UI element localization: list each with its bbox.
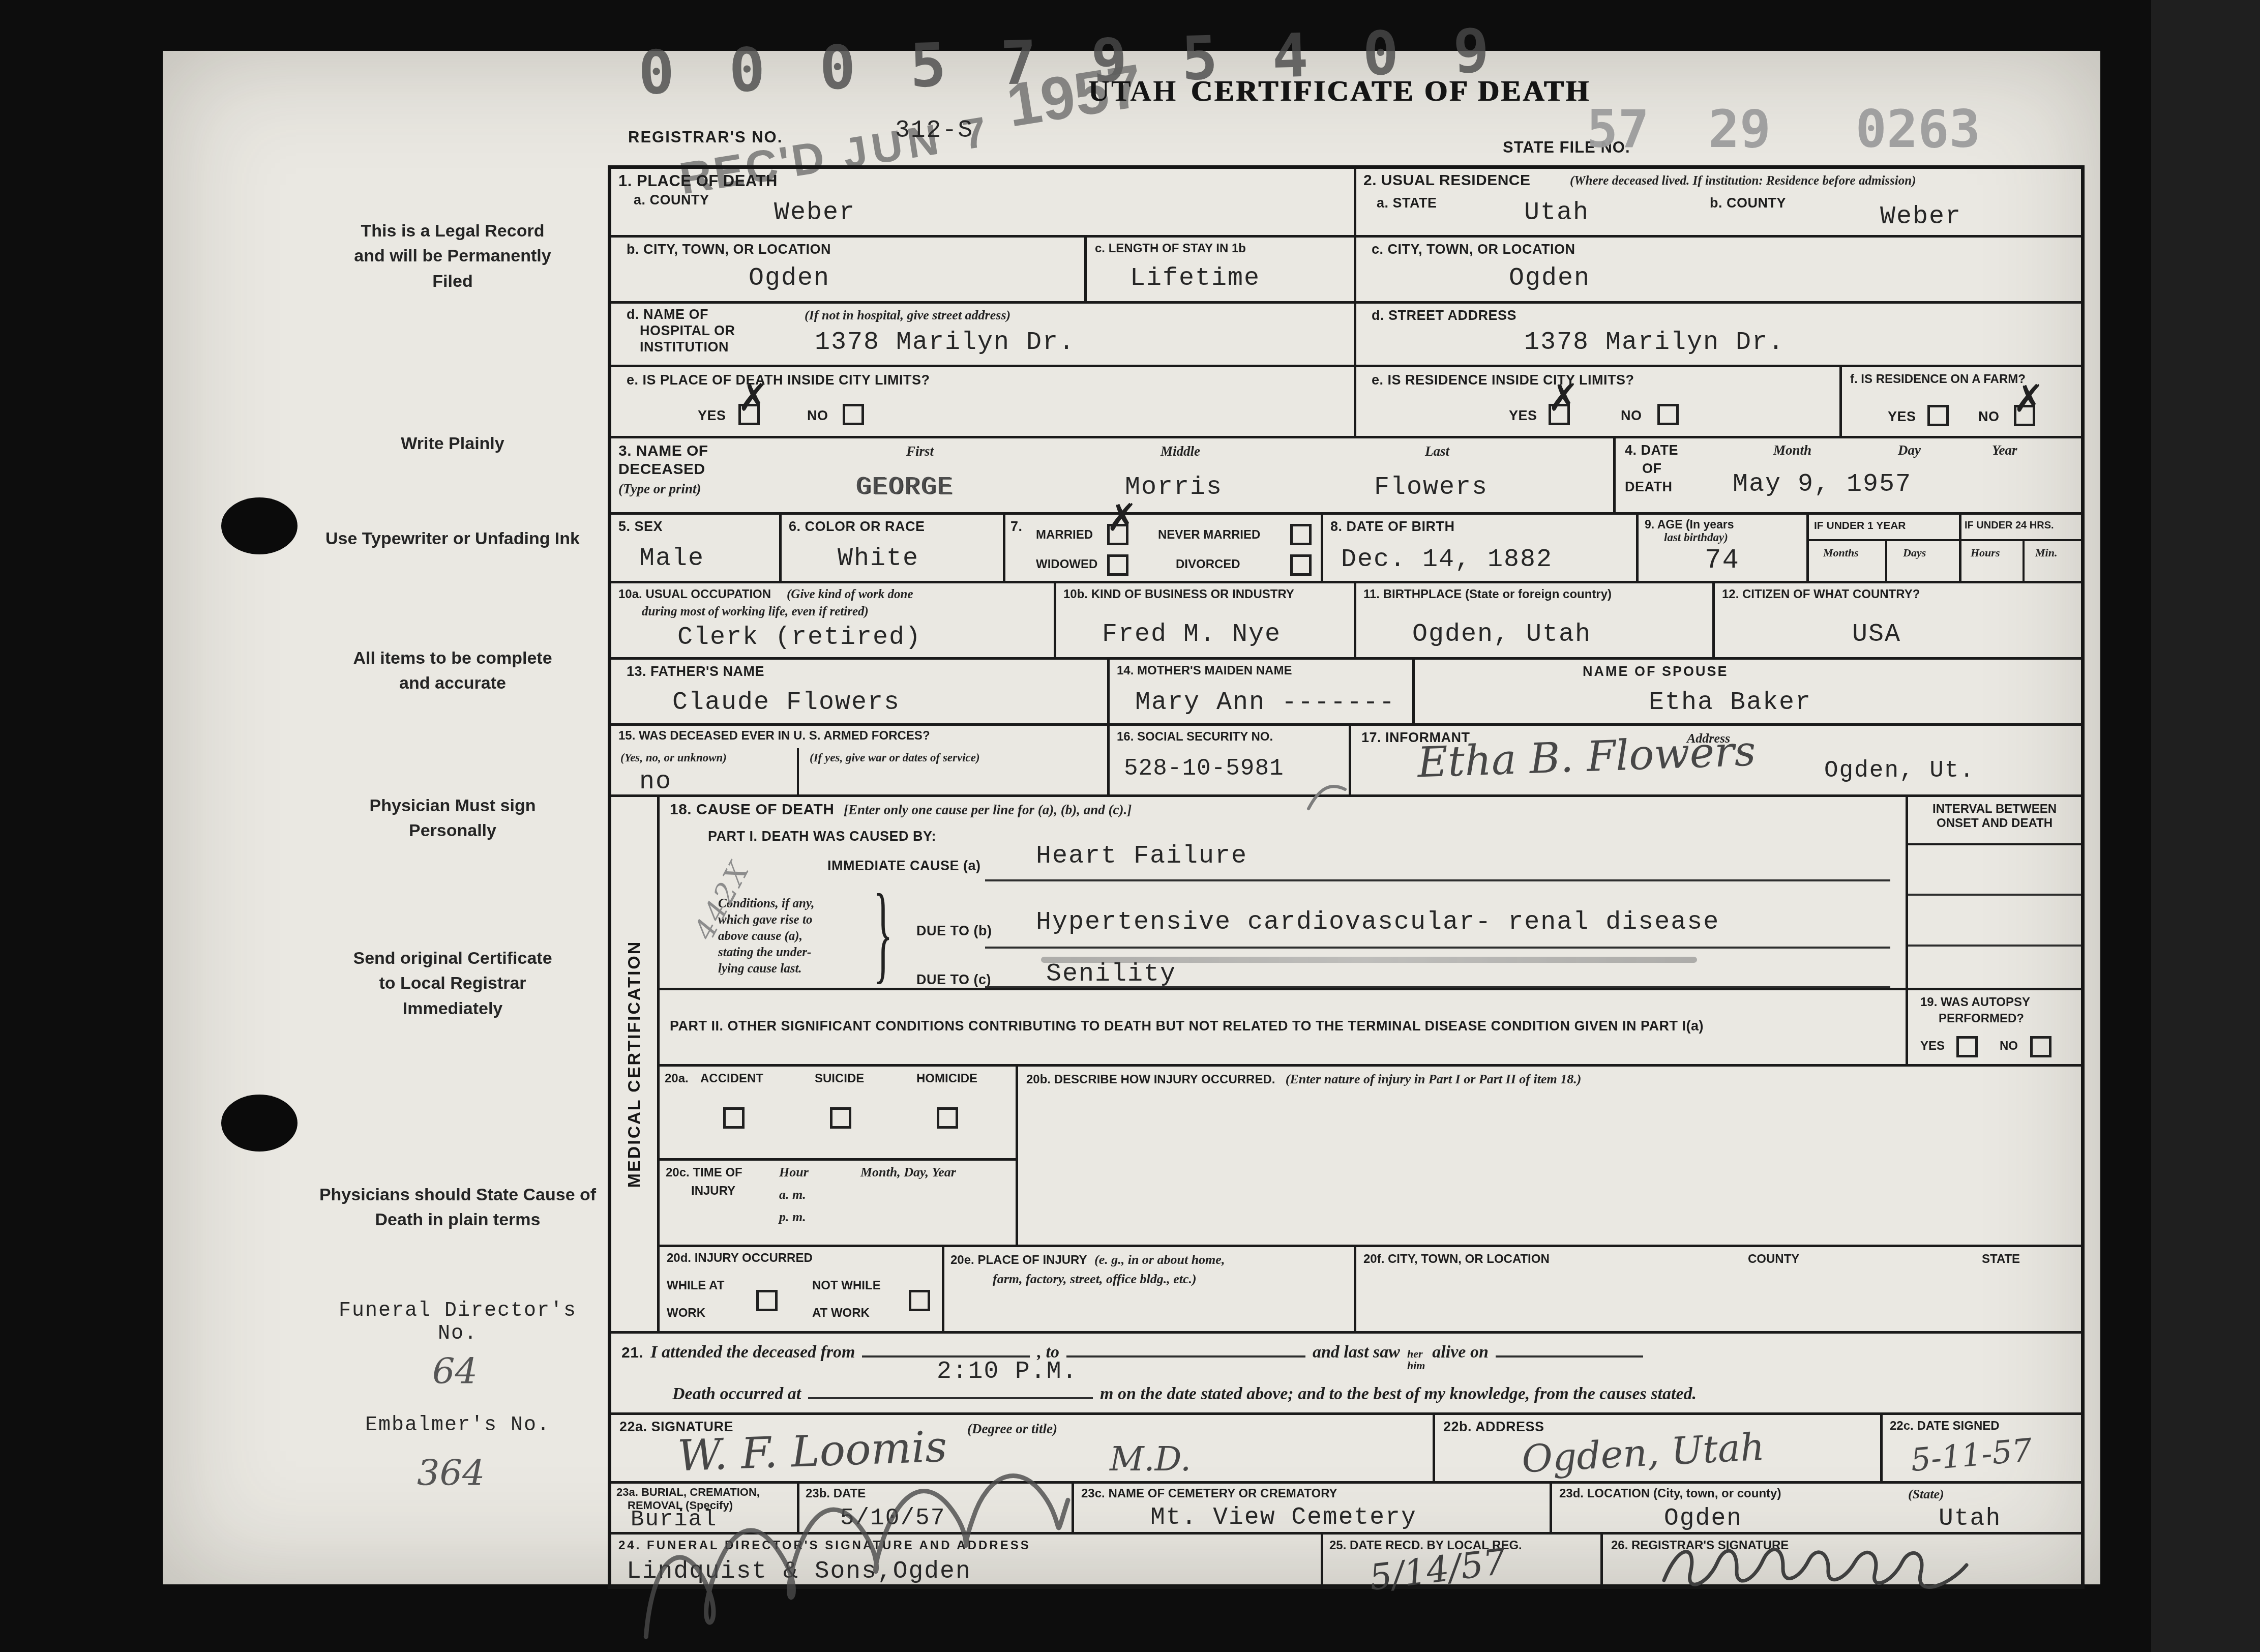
field-2b-label: b. COUNTY: [1710, 195, 1786, 211]
field-4-label2: OF: [1642, 461, 1662, 477]
field-19-no-label: NO: [2000, 1039, 2018, 1053]
state-file-p1: 57: [1587, 99, 1649, 160]
field-2f-farm: f. IS RESIDENCE ON A FARM? YES NO ✗: [1839, 365, 2081, 436]
under1-days-label: Days: [1903, 546, 1926, 559]
interval-line-b: [1908, 945, 2081, 947]
field-20c-label2: INJURY: [691, 1184, 735, 1198]
field-22b-address: 22b. ADDRESS Ogden, Utah: [1433, 1412, 1880, 1481]
field-spouse-label: NAME OF SPOUSE: [1583, 664, 1729, 680]
field-9-value: 74: [1705, 545, 1740, 576]
field-7-widowed-checkbox: [1107, 554, 1128, 576]
field-6-label: 6. COLOR OR RACE: [789, 519, 925, 535]
field-5-sex: 5. SEX Male: [611, 512, 779, 581]
field-8-label: 8. DATE OF BIRTH: [1330, 519, 1455, 535]
field-2d-value: 1378 Marilyn Dr.: [1524, 328, 1785, 357]
under1-divider-h: [1809, 539, 1959, 541]
field-16-value: 528-10-5981: [1124, 755, 1284, 782]
field-13-label: 13. FATHER'S NAME: [627, 664, 764, 680]
field-20c-mdy: Month, Day, Year: [860, 1165, 956, 1180]
field-13-value: Claude Flowers: [672, 688, 900, 717]
field-7-never-married-label: NEVER MARRIED: [1158, 528, 1260, 542]
embalmer-no-value: 364: [417, 1452, 485, 1494]
field-7-never-married-checkbox: [1290, 524, 1312, 545]
field-18b-label: DUE TO (b): [916, 923, 992, 939]
field-3-middle-label: Middle: [1161, 444, 1200, 459]
field-22c-label: 22c. DATE SIGNED: [1890, 1419, 2000, 1433]
field-20e-note1: (e. g., in or about home,: [1094, 1252, 1225, 1267]
field-19-no-checkbox: [2030, 1036, 2051, 1057]
field-8-value: Dec. 14, 1882: [1341, 545, 1553, 574]
certificate-title: UTAH CERTIFICATE OF DEATH: [1088, 74, 1590, 108]
field-20c-hour: Hour: [779, 1165, 809, 1180]
field-21-blank-from: [862, 1355, 1030, 1358]
field-2d-street-address: d. STREET ADDRESS 1378 Marilyn Dr.: [1354, 301, 2081, 365]
field-2-title: 2. USUAL RESIDENCE: [1363, 172, 1531, 189]
field-22c-date-signed: 22c. DATE SIGNED 5-11-57: [1880, 1412, 2081, 1481]
field-1e-yes-label: YES: [698, 408, 726, 424]
note-plain-terms: Physicians should State Cause of Death i…: [305, 1183, 610, 1233]
field-18-part2: PART II. OTHER SIGNIFICANT CONDITIONS CO…: [657, 988, 1906, 1064]
field-18-label: 18. CAUSE OF DEATH: [670, 801, 835, 818]
field-20d-nw1: NOT WHILE: [812, 1279, 881, 1293]
field-10a-value: Clerk (retired): [677, 623, 921, 652]
field-18-title-line: 18. CAUSE OF DEATH [Enter only one cause…: [670, 801, 1132, 818]
field-15-value: no: [639, 768, 672, 796]
field-3-last-label: Last: [1425, 444, 1449, 459]
field-18a-value: Heart Failure: [1036, 842, 1247, 871]
field-23c-cemetery: 23c. NAME OF CEMETERY OR CREMATORY Mt. V…: [1072, 1481, 1550, 1532]
field-3-label3: (Type or print): [618, 481, 701, 497]
field-23c-label: 23c. NAME OF CEMETERY OR CREMATORY: [1081, 1487, 1337, 1501]
field-1d-hospital: d. NAME OF HOSPITAL OR INSTITUTION (If n…: [611, 301, 1354, 365]
field-2e-label: e. IS RESIDENCE INSIDE CITY LIMITS?: [1372, 372, 1634, 388]
field-7-marital-status: 7. MARRIED ✗ NEVER MARRIED WIDOWED DIVOR…: [1003, 512, 1321, 581]
field-20b-describe-injury: 20b. DESCRIBE HOW INJURY OCCURRED. (Ente…: [1016, 1064, 2081, 1245]
field-21-her: her: [1407, 1348, 1425, 1360]
field-10b-label: 10b. KIND OF BUSINESS OR INDUSTRY: [1063, 587, 1294, 602]
field-4-value: May 9, 1957: [1733, 470, 1912, 499]
field-4-year-label: Year: [1992, 442, 2017, 458]
field-3-first-value: GEORGE: [855, 473, 953, 502]
funeral-director-no-value: 64: [432, 1350, 478, 1392]
field-1e-no-label: NO: [807, 408, 828, 424]
field-19-label1: 19. WAS AUTOPSY: [1920, 995, 2030, 1010]
field-20d-wa1: WHILE AT: [667, 1279, 724, 1293]
field-21-blank-alive: [1496, 1355, 1643, 1358]
field-23d-state-value: Utah: [1939, 1505, 2001, 1532]
field-3-first-label: First: [906, 444, 934, 459]
field-21-line2: Death occurred at m on the date stated a…: [672, 1384, 1697, 1404]
field-20e-label: 20e. PLACE OF INJURY: [950, 1253, 1087, 1267]
field-20d-label: 20d. INJURY OCCURRED: [667, 1251, 813, 1265]
field-2f-label: f. IS RESIDENCE ON A FARM?: [1850, 372, 2026, 387]
note-write-plainly: Write Plainly: [310, 431, 595, 456]
field-20a-suicide-label: SUICIDE: [815, 1072, 864, 1086]
field-2a-label: a. STATE: [1377, 195, 1437, 211]
under1-divider-v: [1885, 539, 1887, 581]
field-18c-label: DUE TO (c): [916, 972, 991, 988]
field-1c-value: Lifetime: [1130, 264, 1260, 293]
field-10a-occupation: 10a. USUAL OCCUPATION (Give kind of work…: [611, 581, 1054, 657]
field-9-under-24-hrs: IF UNDER 24 HRS. Hours Min.: [1959, 512, 2081, 581]
field-18-part1: PART I. DEATH WAS CAUSED BY:: [708, 829, 936, 844]
funeral-director-signature: [610, 1444, 1109, 1607]
field-7-married-label: MARRIED: [1036, 528, 1093, 542]
field-21-line1: 21. I attended the deceased from , to an…: [621, 1343, 1643, 1371]
field-1b-city: b. CITY, TOWN, OR LOCATION Ogden: [611, 235, 1084, 301]
field-20f-county-label: COUNTY: [1748, 1252, 1799, 1266]
field-23d-location: 23d. LOCATION (City, town, or county) (S…: [1550, 1481, 2081, 1532]
field-21-num: 21.: [621, 1344, 643, 1362]
field-10b-industry: 10b. KIND OF BUSINESS OR INDUSTRY Fred M…: [1054, 581, 1354, 657]
under24-min-label: Min.: [2035, 546, 2057, 559]
interval-label2: ONSET AND DEATH: [1908, 816, 2081, 831]
field-2a-value: Utah: [1524, 198, 1589, 227]
field-18-immediate-label: IMMEDIATE CAUSE (a): [827, 858, 981, 874]
under24-label: IF UNDER 24 HRS.: [1965, 520, 2054, 532]
field-22b-value: Ogden, Utah: [1521, 1425, 1766, 1482]
cond-line3: above cause (a),: [718, 929, 802, 943]
field-19-yes-label: YES: [1920, 1039, 1945, 1053]
field-2f-yes-checkbox: [1927, 405, 1949, 426]
field-12-value: USA: [1852, 620, 1901, 649]
conditions-brace: }: [873, 872, 893, 997]
interval-header: INTERVAL BETWEEN ONSET AND DEATH: [1908, 797, 2081, 845]
field-4-month-label: Month: [1773, 442, 1811, 458]
field-20f-state-label: STATE: [1982, 1252, 2020, 1266]
field-5-value: Male: [639, 544, 704, 573]
field-15-note2: (If yes, give war or dates of service): [810, 751, 980, 764]
field-20a-accident-label: ACCIDENT: [700, 1072, 763, 1086]
field-25-date-recd: 25. DATE RECD. BY LOCAL REG. 5/14/57: [1321, 1532, 1600, 1585]
scanned-death-certificate: { "header": { "stamp_number": "0 0 0 5 7…: [0, 0, 2260, 1652]
field-21-him: him: [1407, 1360, 1425, 1371]
field-19-yes-checkbox: [1956, 1036, 1978, 1057]
field-4-day-label: Day: [1898, 442, 1921, 458]
field-20b-label: 20b. DESCRIBE HOW INJURY OCCURRED.: [1026, 1073, 1275, 1086]
funeral-director-no-label: Funeral Director's No.: [325, 1300, 590, 1345]
field-12-label: 12. CITIZEN OF WHAT COUNTRY?: [1722, 587, 1920, 602]
interval-line-a: [1908, 894, 2081, 896]
field-20d-nw2: AT WORK: [812, 1306, 870, 1320]
field-1d-note: (If not in hospital, give street address…: [805, 308, 1010, 323]
field-21-t5: Death occurred at: [672, 1384, 801, 1404]
under1-months-label: Months: [1823, 546, 1859, 559]
field-18a-line: [985, 879, 1890, 881]
field-20c-label1: 20c. TIME OF: [666, 1166, 742, 1180]
field-3-label2: DECEASED: [618, 461, 705, 478]
field-20d-injury-occurred: 20d. INJURY OCCURRED WHILE AT WORK NOT W…: [657, 1245, 942, 1331]
field-10b-value: Fred M. Nye: [1102, 620, 1281, 649]
title-utah: UTAH: [1088, 74, 1177, 107]
field-11-label: 11. BIRTHPLACE (State or foreign country…: [1363, 587, 1612, 602]
note-legal-record: This is a Legal Record and will be Perma…: [351, 219, 554, 294]
under24-hours-label: Hours: [1971, 546, 2000, 559]
field-10a-label: 10a. USUAL OCCUPATION: [618, 587, 771, 602]
certificate-form: 1. PLACE OF DEATH a. COUNTY Weber 2. USU…: [608, 165, 2085, 1589]
field-23c-value: Mt. View Cemetery: [1150, 1504, 1417, 1531]
pencil-tick: [1304, 778, 1350, 814]
field-20b-note: (Enter nature of injury in Part I or Par…: [1286, 1072, 1581, 1086]
medical-certification-label: MEDICAL CERTIFICATION: [625, 940, 644, 1188]
field-20f-location: 20f. CITY, TOWN, OR LOCATION COUNTY STAT…: [1354, 1245, 2081, 1331]
field-4-label3: DEATH: [1625, 479, 1673, 495]
field-2c-city: c. CITY, TOWN, OR LOCATION Ogden: [1354, 235, 2081, 301]
field-1d-label3: INSTITUTION: [640, 339, 729, 355]
field-20c-am: a. m.: [779, 1187, 806, 1202]
field-10a-note2: during most of working life, even if ret…: [642, 605, 869, 619]
field-2d-label: d. STREET ADDRESS: [1372, 308, 1516, 323]
field-2e-no-checkbox: [1657, 404, 1679, 425]
field-2b-value: Weber: [1880, 202, 1961, 231]
field-10a-note1: (Give kind of work done: [787, 587, 913, 602]
field-23d-city-value: Ogden: [1664, 1505, 1742, 1532]
field-20c-pm: p. m.: [779, 1209, 806, 1225]
field-20b-title-line: 20b. DESCRIBE HOW INJURY OCCURRED. (Ente…: [1026, 1072, 1581, 1087]
field-1a-value: Weber: [774, 198, 855, 227]
field-20e-line1: 20e. PLACE OF INJURY (e. g., in or about…: [950, 1252, 1225, 1267]
field-8-date-of-birth: 8. DATE OF BIRTH Dec. 14, 1882: [1321, 512, 1636, 581]
field-22c-value: 5-11-57: [1909, 1431, 2034, 1479]
field-1c-length-of-stay: c. LENGTH OF STAY IN 1b Lifetime: [1084, 235, 1354, 301]
field-20d-notwork-checkbox: [909, 1290, 930, 1311]
state-file-p2: 29: [1708, 99, 1771, 160]
field-23d-label: 23d. LOCATION (City, town, or county): [1559, 1487, 1781, 1501]
field-11-birthplace: 11. BIRTHPLACE (State or foreign country…: [1354, 581, 1712, 657]
interval-column: INTERVAL BETWEEN ONSET AND DEATH: [1906, 794, 2081, 988]
cond-line4: stating the under-: [718, 946, 811, 960]
field-13-father: 13. FATHER'S NAME Claude Flowers: [611, 657, 1107, 723]
field-23d-state-label: (State): [1908, 1487, 1944, 1502]
field-5-label: 5. SEX: [618, 519, 663, 535]
field-1d-label2: HOSPITAL OR: [640, 323, 735, 339]
under1-label: IF UNDER 1 YEAR: [1814, 520, 1906, 532]
field-2f-no-label: NO: [1978, 409, 2000, 425]
field-1c-label: c. LENGTH OF STAY IN 1b: [1095, 242, 1246, 256]
field-9-under-1-year: IF UNDER 1 YEAR Months Days: [1806, 512, 1959, 581]
note-physician-sign: Physician Must sign Personally: [351, 793, 554, 844]
field-7-widowed-label: WIDOWED: [1036, 557, 1097, 572]
field-21-blank-time: [808, 1397, 1093, 1399]
embalmer-no-label: Embalmer's No.: [325, 1414, 590, 1437]
field-22a-note: (Degree or title): [967, 1421, 1057, 1437]
field-1b-value: Ogden: [749, 264, 830, 293]
field-2f-yes-label: YES: [1888, 409, 1916, 425]
field-14-mother: 14. MOTHER'S MAIDEN NAME Mary Ann ------…: [1107, 657, 1412, 723]
field-20e-note2: farm, factory, street, office bldg., etc…: [993, 1272, 1197, 1287]
field-21-her-him: her him: [1407, 1348, 1425, 1371]
field-19-label2: PERFORMED?: [1939, 1012, 2024, 1026]
field-20a-accident-checkbox: [723, 1107, 745, 1129]
cond-line5: lying cause last.: [718, 962, 802, 976]
field-18b-value: Hypertensive cardiovascular- renal disea…: [1036, 908, 1719, 937]
field-2e-no-label: NO: [1621, 408, 1642, 424]
field-spouse-value: Etha Baker: [1649, 688, 1811, 717]
field-21-time-value: 2:10 P.M.: [937, 1358, 1078, 1385]
interval-label1: INTERVAL BETWEEN: [1908, 802, 2081, 816]
field-20a-num: 20a.: [665, 1072, 689, 1086]
field-1-title: 1. PLACE OF DEATH: [618, 172, 778, 190]
field-18b-line: [985, 947, 1890, 949]
field-20a-homicide-checkbox: [937, 1107, 958, 1129]
field-14-label: 14. MOTHER'S MAIDEN NAME: [1117, 664, 1292, 678]
field-spouse: NAME OF SPOUSE Etha Baker: [1412, 657, 2081, 723]
field-9-label1: 9. AGE (In years: [1645, 518, 1734, 532]
field-21-blank-to: [1066, 1355, 1305, 1358]
field-7-num: 7.: [1010, 519, 1023, 535]
field-1d-value: 1378 Marilyn Dr.: [815, 328, 1075, 357]
field-9-label2: last birthday): [1664, 531, 1728, 544]
field-19-autopsy: 19. WAS AUTOPSY PERFORMED? YES NO: [1906, 988, 2081, 1064]
registrar-signature: [1654, 1529, 2010, 1596]
field-2c-value: Ogden: [1509, 264, 1590, 293]
field-3-label1: 3. NAME OF: [618, 442, 708, 460]
field-17-informant: 17. INFORMANT Address Etha B. Flowers Og…: [1349, 723, 2081, 794]
field-2e-city-limits: e. IS RESIDENCE INSIDE CITY LIMITS? YES …: [1354, 365, 1839, 436]
hole-punch-bottom: [221, 1095, 298, 1152]
field-2e-yes-label: YES: [1509, 408, 1537, 424]
field-1e-label: e. IS PLACE OF DEATH INSIDE CITY LIMITS?: [627, 372, 930, 388]
field-22b-label: 22b. ADDRESS: [1443, 1419, 1544, 1435]
field-9-age: 9. AGE (In years last birthday) 74: [1636, 512, 1806, 581]
field-16-label: 16. SOCIAL SECURITY NO.: [1117, 730, 1273, 744]
under24-divider-v: [2023, 539, 2025, 581]
scan-right-band: [2151, 0, 2260, 1652]
field-20d-work-checkbox: [756, 1290, 778, 1311]
field-1e-no-checkbox: [843, 404, 864, 425]
field-20f-label: 20f. CITY, TOWN, OR LOCATION: [1363, 1252, 1550, 1266]
field-15-label: 15. WAS DECEASED EVER IN U. S. ARMED FOR…: [618, 729, 930, 743]
state-file-p3: 0263: [1856, 99, 1981, 160]
field-1a-label: a. COUNTY: [634, 192, 709, 208]
field-2c-label: c. CITY, TOWN, OR LOCATION: [1372, 242, 1575, 257]
note-send-original: Send original Certificate to Local Regis…: [346, 946, 559, 1021]
field-4-date-of-death: 4. DATE OF DEATH Month Day Year May 9, 1…: [1613, 436, 2081, 512]
title-certificate-of-death: CERTIFICATE OF DEATH: [1191, 74, 1590, 107]
note-use-typewriter: Use Typewriter or Unfading Ink: [310, 526, 595, 551]
field-20e-place-of-injury: 20e. PLACE OF INJURY (e. g., in or about…: [942, 1245, 1354, 1331]
field-6-value: White: [838, 544, 919, 573]
field-12-citizen: 12. CITIZEN OF WHAT COUNTRY? USA: [1712, 581, 2081, 657]
field-3-last-value: Flowers: [1374, 473, 1488, 502]
field-20a-homicide-label: HOMICIDE: [916, 1072, 977, 1086]
field-15-note1: (Yes, no, or unknown): [620, 751, 727, 764]
field-21-t1: I attended the deceased from: [650, 1343, 855, 1362]
field-1e-city-limits: e. IS PLACE OF DEATH INSIDE CITY LIMITS?…: [611, 365, 1354, 436]
physician-degree: M.D.: [1110, 1439, 1191, 1479]
under24-divider-h: [1961, 539, 2081, 541]
field-18-label-note: [Enter only one cause per line for (a), …: [844, 802, 1132, 817]
field-3-middle-value: Morris: [1125, 473, 1223, 502]
hole-punch-top: [221, 497, 298, 554]
field-14-value: Mary Ann -------: [1135, 688, 1395, 717]
field-11-value: Ogden, Utah: [1412, 620, 1591, 649]
field-2-title-note: (Where deceased lived. If institution: R…: [1570, 174, 1916, 188]
field-21-t3: and last saw: [1313, 1343, 1400, 1362]
note-all-items: All items to be complete and accurate: [336, 646, 570, 696]
field-1d-label1: d. NAME OF: [627, 307, 708, 322]
field-20d-wa2: WORK: [667, 1306, 705, 1320]
field-17-address-value: Ogden, Ut.: [1824, 757, 1975, 784]
field-15-armed-forces: 15. WAS DECEASED EVER IN U. S. ARMED FOR…: [611, 723, 1107, 794]
field-1b-label: b. CITY, TOWN, OR LOCATION: [627, 242, 831, 257]
field-21-t6: m on the date stated above; and to the b…: [1100, 1384, 1697, 1404]
field-21-t4: alive on: [1432, 1343, 1488, 1362]
medical-certification-strip: MEDICAL CERTIFICATION: [611, 794, 657, 1331]
registrar-no-label: REGISTRAR'S NO.: [628, 128, 783, 146]
field-1-place-of-death: 1. PLACE OF DEATH a. COUNTY Weber: [611, 169, 1354, 235]
field-21-attendance: 21. I attended the deceased from , to an…: [611, 1331, 2081, 1412]
part2-label: PART II. OTHER SIGNIFICANT CONDITIONS CO…: [670, 1018, 1890, 1034]
field-18-cause-of-death: 18. CAUSE OF DEATH [Enter only one cause…: [657, 794, 1906, 988]
field-7-divorced-label: DIVORCED: [1176, 557, 1240, 572]
field-20c-time-of-injury: 20c. TIME OF INJURY Hour a. m. p. m. Mon…: [657, 1158, 1016, 1245]
field-20a-manner: 20a. ACCIDENT SUICIDE HOMICIDE: [657, 1064, 1016, 1158]
field-4-label1: 4. DATE: [1625, 442, 1678, 458]
field-20a-suicide-checkbox: [830, 1107, 851, 1129]
field-18c-value: Senility: [1046, 960, 1176, 989]
registrar-no-value: 312-S: [895, 117, 973, 144]
field-26-registrar: 26. REGISTRAR'S SIGNATURE: [1600, 1532, 2081, 1585]
state-file-no-stamp: 57 29 0263: [1587, 99, 1980, 160]
field-15-divider: [797, 748, 799, 797]
field-7-divorced-checkbox: [1290, 554, 1312, 576]
field-2-usual-residence: 2. USUAL RESIDENCE (Where deceased lived…: [1354, 169, 2081, 235]
field-6-color-or-race: 6. COLOR OR RACE White: [779, 512, 1003, 581]
